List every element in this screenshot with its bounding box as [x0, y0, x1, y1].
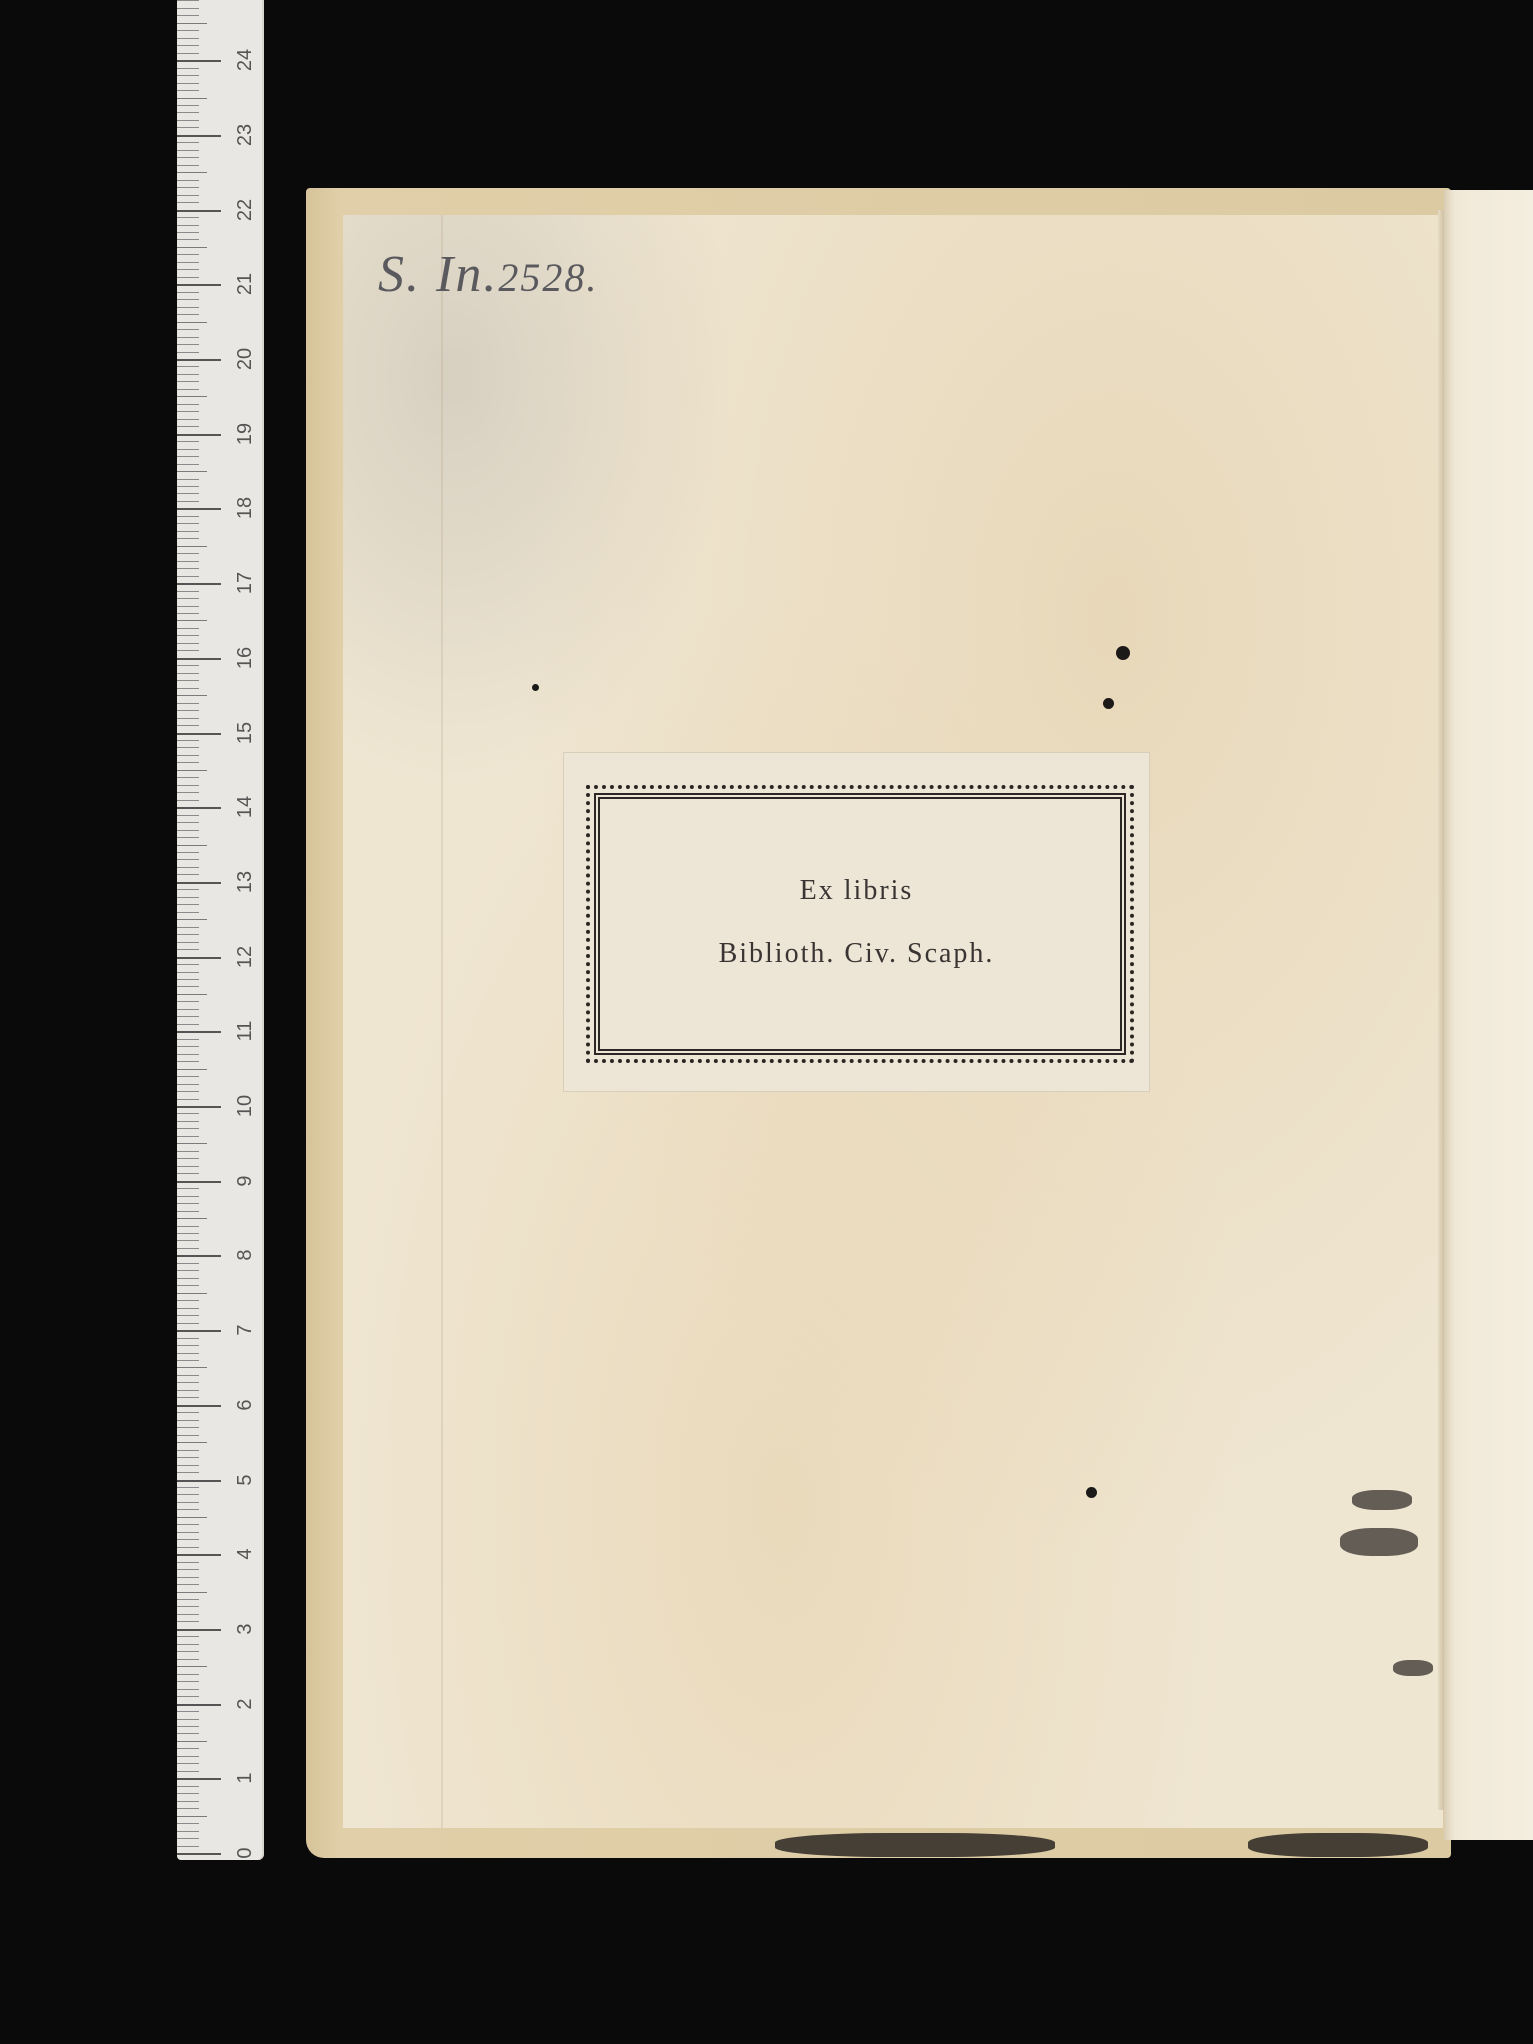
ruler-tick — [177, 1016, 199, 1017]
ruler-tick — [177, 986, 199, 987]
ruler-tick — [177, 747, 199, 748]
ruler-tick — [177, 538, 199, 539]
ruler-tick — [177, 1278, 199, 1279]
ruler-tick — [177, 1300, 199, 1301]
ruler-tick — [177, 1636, 199, 1637]
ruler-tick — [177, 1173, 199, 1174]
ruler-tick — [177, 471, 207, 472]
ruler-tick — [177, 1382, 199, 1383]
ruler-tick — [177, 1801, 199, 1802]
ruler-tick — [177, 1450, 199, 1451]
ruler-tick — [177, 187, 199, 188]
ruler-label: 23 — [233, 115, 257, 155]
ruler-tick — [177, 576, 199, 577]
ruler-label: 3 — [233, 1609, 257, 1649]
ruler-label: 17 — [233, 563, 257, 603]
ruler-tick — [177, 859, 199, 860]
ruler-tick — [177, 1442, 207, 1443]
ruler-tick — [177, 964, 199, 965]
ruler-tick — [177, 419, 199, 420]
ruler-tick — [177, 643, 199, 644]
ruler-tick — [177, 254, 199, 255]
edge-damage — [775, 1833, 1055, 1857]
ruler-tick — [177, 1113, 199, 1114]
ruler-tick — [177, 1151, 199, 1152]
ruler-tick — [177, 1039, 199, 1040]
ruler-tick — [177, 591, 199, 592]
ruler-tick — [177, 426, 199, 427]
ruler-tick — [177, 1099, 199, 1100]
ruler-tick — [177, 1226, 199, 1227]
wormhole — [1086, 1487, 1097, 1498]
ruler-tick — [177, 972, 199, 973]
ruler-tick — [177, 1255, 221, 1257]
ruler-tick — [177, 1562, 199, 1563]
ruler-tick — [177, 172, 207, 173]
ornamental-border — [594, 793, 1126, 1055]
ruler-tick — [177, 620, 207, 621]
ruler-tick — [177, 800, 199, 801]
ruler-label: 10 — [233, 1086, 257, 1126]
ruler-tick — [177, 68, 199, 69]
ruler-tick — [177, 1457, 199, 1458]
ruler-tick — [177, 1024, 199, 1025]
ruler-tick — [177, 807, 221, 809]
ruler-tick — [177, 23, 207, 24]
ruler-tick — [177, 1823, 199, 1824]
ruler-tick — [177, 703, 199, 704]
ruler-tick — [177, 1629, 221, 1631]
ruler-tick — [177, 1330, 221, 1332]
ruler-tick — [177, 874, 199, 875]
ruler-tick — [177, 1293, 207, 1294]
ruler-tick — [177, 845, 207, 846]
ruler-tick — [177, 628, 199, 629]
ruler-tick — [177, 725, 199, 726]
ruler-label: 0 — [233, 1833, 257, 1873]
ruler-tick — [177, 1726, 199, 1727]
ruler-tick — [177, 1181, 221, 1183]
ruler-tick — [177, 1472, 199, 1473]
ruler-label: 11 — [233, 1011, 257, 1051]
ruler-tick — [177, 381, 199, 382]
ruler-tick — [177, 1763, 199, 1764]
ruler-tick — [177, 1405, 221, 1407]
ruler-tick — [177, 1069, 207, 1070]
ruler-label: 18 — [233, 488, 257, 528]
ruler-tick — [177, 262, 199, 263]
ruler-tick — [177, 882, 221, 884]
ruler-tick — [177, 1606, 199, 1607]
ruler-tick — [177, 568, 199, 569]
ruler-tick — [177, 688, 199, 689]
ruler-tick — [177, 329, 199, 330]
ruler-tick — [177, 830, 199, 831]
ruler-tick — [177, 1487, 199, 1488]
ruler-tick — [177, 1846, 199, 1847]
ruler-tick — [177, 337, 199, 338]
ruler-tick — [177, 1838, 199, 1839]
ruler-tick — [177, 1509, 199, 1510]
ruler-tick — [177, 889, 199, 890]
ruler-tick — [177, 665, 199, 666]
ruler-tick — [177, 157, 199, 158]
ruler-tick — [177, 98, 207, 99]
ruler-tick — [177, 202, 199, 203]
ruler-tick — [177, 553, 199, 554]
ruler-tick — [177, 1554, 221, 1556]
ruler-tick — [177, 1786, 199, 1787]
ruler-tick — [177, 142, 199, 143]
ruler-tick — [177, 792, 199, 793]
ruler-tick — [177, 508, 221, 510]
ruler-label: 21 — [233, 264, 257, 304]
ruler-tick — [177, 1345, 199, 1346]
ruler-label: 22 — [233, 190, 257, 230]
ruler-tick — [177, 1233, 199, 1234]
ruler-tick — [177, 75, 199, 76]
ruler-tick — [177, 1711, 199, 1712]
ruler-tick — [177, 1748, 199, 1749]
wormhole — [1116, 646, 1130, 660]
ruler-tick — [177, 344, 199, 345]
ruler-label: 2 — [233, 1684, 257, 1724]
ruler-tick — [177, 1592, 207, 1593]
ruler-tick — [177, 247, 207, 248]
ruler-tick — [177, 1704, 221, 1706]
ruler-tick — [177, 561, 199, 562]
ruler-tick — [177, 1771, 199, 1772]
ruler-tick — [177, 942, 199, 943]
shelfmark-number: 2528. — [498, 255, 598, 300]
ruler-tick — [177, 613, 199, 614]
ruler-tick — [177, 210, 221, 212]
ruler-tick — [177, 1651, 199, 1652]
ruler-tick — [177, 1539, 199, 1540]
ruler-tick — [177, 1427, 199, 1428]
ruler-tick — [177, 1285, 199, 1286]
ruler-label: 4 — [233, 1534, 257, 1574]
ruler-tick — [177, 606, 199, 607]
ruler-tick — [177, 1569, 199, 1570]
ruler-tick — [177, 1001, 199, 1002]
ruler-tick — [177, 516, 199, 517]
ruler-tick — [177, 755, 199, 756]
ruler-tick — [177, 1831, 199, 1832]
ruler-tick — [177, 1733, 199, 1734]
ruler-tick — [177, 1106, 221, 1108]
ruler-label: 24 — [233, 40, 257, 80]
ruler-tick — [177, 359, 221, 361]
ruler-tick — [177, 30, 199, 31]
ruler-tick — [177, 1741, 207, 1742]
ruler-tick — [177, 1494, 199, 1495]
ruler-tick — [177, 1203, 199, 1204]
ruler-tick — [177, 434, 221, 436]
ruler-tick — [177, 919, 207, 920]
ruler-tick — [177, 1136, 199, 1137]
ruler-tick — [177, 1353, 199, 1354]
ruler-tick — [177, 912, 199, 913]
ruler-tick — [177, 1054, 199, 1055]
ruler-tick — [177, 120, 199, 121]
ruler-tick — [177, 1367, 207, 1368]
ruler-tick — [177, 710, 199, 711]
ruler-tick — [177, 1420, 199, 1421]
ruler-tick — [177, 1218, 207, 1219]
ruler-tick — [177, 1263, 199, 1264]
ruler-tick — [177, 1166, 199, 1167]
ruler-tick — [177, 135, 221, 137]
ruler-tick — [177, 1338, 199, 1339]
ruler-tick — [177, 1480, 221, 1482]
ruler-tick — [177, 1248, 199, 1249]
ruler-tick — [177, 1584, 199, 1585]
ruler-tick — [177, 389, 199, 390]
ruler-tick — [177, 1816, 207, 1817]
ruler-tick — [177, 1756, 199, 1757]
ruler-tick — [177, 1644, 199, 1645]
ruler-tick — [177, 1681, 199, 1682]
ruler-tick — [177, 352, 199, 353]
ruler-label: 19 — [233, 414, 257, 454]
ruler-tick — [177, 1360, 199, 1361]
ruler-tick — [177, 1158, 199, 1159]
ruler-tick — [177, 83, 199, 84]
ruler-tick — [177, 225, 199, 226]
ruler-tick — [177, 1188, 199, 1189]
ruler-tick — [177, 1719, 199, 1720]
ruler-tick — [177, 1465, 199, 1466]
ruler-tick — [177, 449, 199, 450]
ruler-tick — [177, 150, 199, 151]
ruler-tick — [177, 307, 199, 308]
ruler-tick — [177, 1240, 199, 1241]
ruler-tick — [177, 523, 199, 524]
ruler-tick — [177, 38, 199, 39]
bookplate-line-2: Biblioth. Civ. Scaph. — [564, 938, 1149, 970]
ruler-tick — [177, 837, 199, 838]
ruler-tick — [177, 1524, 199, 1525]
ruler-tick — [177, 1390, 199, 1391]
ruler-tick — [177, 680, 199, 681]
ruler-tick — [177, 949, 199, 950]
ruler-label: 6 — [233, 1385, 257, 1425]
ruler-tick — [177, 1577, 199, 1578]
ruler-tick — [177, 411, 199, 412]
ruler-label: 5 — [233, 1460, 257, 1500]
ruler-tick — [177, 1659, 199, 1660]
shelfmark-annotation: S. In.2528. — [378, 245, 598, 304]
ruler-tick — [177, 598, 199, 599]
ruler-tick — [177, 464, 199, 465]
ruler-tick — [177, 53, 199, 54]
ruler-tick — [177, 1091, 199, 1092]
ruler-tick — [177, 733, 221, 735]
ruler-tick — [177, 867, 199, 868]
stain — [1352, 1490, 1412, 1510]
bookplate-line-1: Ex libris — [564, 875, 1149, 907]
ruler-tick — [177, 740, 199, 741]
ruler-tick — [177, 852, 199, 853]
ruler-tick — [177, 695, 207, 696]
ruler-tick — [177, 314, 199, 315]
ruler-tick — [177, 1689, 199, 1690]
ruler-tick — [177, 456, 199, 457]
ruler-tick — [177, 396, 207, 397]
ruler-tick — [177, 1435, 199, 1436]
ruler-tick — [177, 785, 199, 786]
wormhole — [532, 684, 539, 691]
ruler-tick — [177, 1084, 199, 1085]
ruler-tick — [177, 1853, 221, 1855]
ruler-tick — [177, 1270, 199, 1271]
ruler-label: 15 — [233, 713, 257, 753]
ruler-tick — [177, 1211, 199, 1212]
ruler-tick — [177, 635, 199, 636]
flyleaf-edge — [1444, 190, 1533, 1840]
ruler-tick — [177, 486, 199, 487]
ex-libris-bookplate: Ex libris Biblioth. Civ. Scaph. — [563, 752, 1150, 1092]
ruler-tick — [177, 239, 199, 240]
ruler-tick — [177, 770, 207, 771]
ruler-tick — [177, 1031, 221, 1033]
ruler-label: 7 — [233, 1310, 257, 1350]
ruler-tick — [177, 105, 199, 106]
ruler-tick — [177, 8, 199, 9]
ruler-tick — [177, 90, 199, 91]
ruler-tick — [177, 322, 207, 323]
ruler-tick — [177, 1076, 199, 1077]
ruler-tick — [177, 1532, 199, 1533]
ruler-tick — [177, 583, 221, 585]
ruler-tick — [177, 277, 199, 278]
ruler-tick — [177, 284, 221, 286]
ruler-tick — [177, 658, 221, 660]
ruler-tick — [177, 1793, 199, 1794]
ruler-tick — [177, 217, 199, 218]
ruler-tick — [177, 493, 199, 494]
shelfmark-prefix: S. In. — [378, 246, 498, 303]
ruler-tick — [177, 650, 199, 651]
ruler-tick — [177, 45, 199, 46]
ruler-tick — [177, 1614, 199, 1615]
ruler-tick — [177, 927, 199, 928]
ruler-tick — [177, 374, 199, 375]
ruler-tick — [177, 1412, 199, 1413]
ruler-label: 9 — [233, 1161, 257, 1201]
ruler-tick — [177, 1517, 207, 1518]
ruler-tick — [177, 60, 221, 62]
ruler-tick — [177, 112, 199, 113]
ruler-tick — [177, 1121, 199, 1122]
ruler-tick — [177, 777, 199, 778]
wormhole — [1103, 698, 1114, 709]
ruler-tick — [177, 979, 199, 980]
edge-damage — [1248, 1833, 1428, 1857]
ruler-tick — [177, 718, 199, 719]
ruler-tick — [177, 1196, 199, 1197]
ruler-tick — [177, 1808, 199, 1809]
ruler-tick — [177, 501, 199, 502]
ruler-tick — [177, 1315, 199, 1316]
ruler-tick — [177, 299, 199, 300]
ruler-tick — [177, 897, 199, 898]
ruler-tick — [177, 366, 199, 367]
ruler-tick — [177, 479, 199, 480]
ruler-tick — [177, 822, 199, 823]
ruler-label: 13 — [233, 862, 257, 902]
ruler-tick — [177, 531, 199, 532]
ruler-tick — [177, 15, 199, 16]
ruler-tick — [177, 1599, 199, 1600]
ruler-tick — [177, 1696, 199, 1697]
ruler-label: 20 — [233, 339, 257, 379]
ruler-tick — [177, 815, 199, 816]
ruler-tick — [177, 1308, 199, 1309]
measurement-ruler: 0123456789101112131415161718192021222324 — [177, 0, 264, 1860]
ruler-tick — [177, 180, 199, 181]
ruler-label: 8 — [233, 1235, 257, 1275]
ruler-tick — [177, 1778, 221, 1780]
ruler-tick — [177, 762, 199, 763]
ruler-tick — [177, 957, 221, 959]
ruler-tick — [177, 1502, 199, 1503]
ruler-tick — [177, 1128, 199, 1129]
ruler-tick — [177, 127, 199, 128]
stain — [1393, 1660, 1433, 1676]
ruler-label: 14 — [233, 787, 257, 827]
ruler-tick — [177, 934, 199, 935]
ruler-tick — [177, 1621, 199, 1622]
ruler-tick — [177, 546, 207, 547]
ruler-tick — [177, 269, 199, 270]
ruler-tick — [177, 1143, 207, 1144]
ruler-tick — [177, 165, 199, 166]
ruler-tick — [177, 0, 199, 1]
ruler-tick — [177, 404, 199, 405]
ruler-tick — [177, 1666, 207, 1667]
ruler-tick — [177, 1323, 199, 1324]
ruler-tick — [177, 673, 199, 674]
ruler-tick — [177, 904, 199, 905]
ruler-tick — [177, 994, 207, 995]
ruler-tick — [177, 1375, 199, 1376]
ruler-tick — [177, 292, 199, 293]
ruler-tick — [177, 232, 199, 233]
ruler-label: 16 — [233, 638, 257, 678]
ruler-tick — [177, 195, 199, 196]
ruler-tick — [177, 1674, 199, 1675]
ruler-tick — [177, 1046, 199, 1047]
ruler-tick — [177, 1547, 199, 1548]
ruler-label: 1 — [233, 1758, 257, 1798]
turn-in-edge — [441, 215, 443, 1828]
ruler-tick — [177, 441, 199, 442]
stain — [1340, 1528, 1418, 1556]
ruler-label: 12 — [233, 937, 257, 977]
ruler-tick — [177, 1009, 199, 1010]
ruler-tick — [177, 1397, 199, 1398]
ruler-tick — [177, 1061, 199, 1062]
